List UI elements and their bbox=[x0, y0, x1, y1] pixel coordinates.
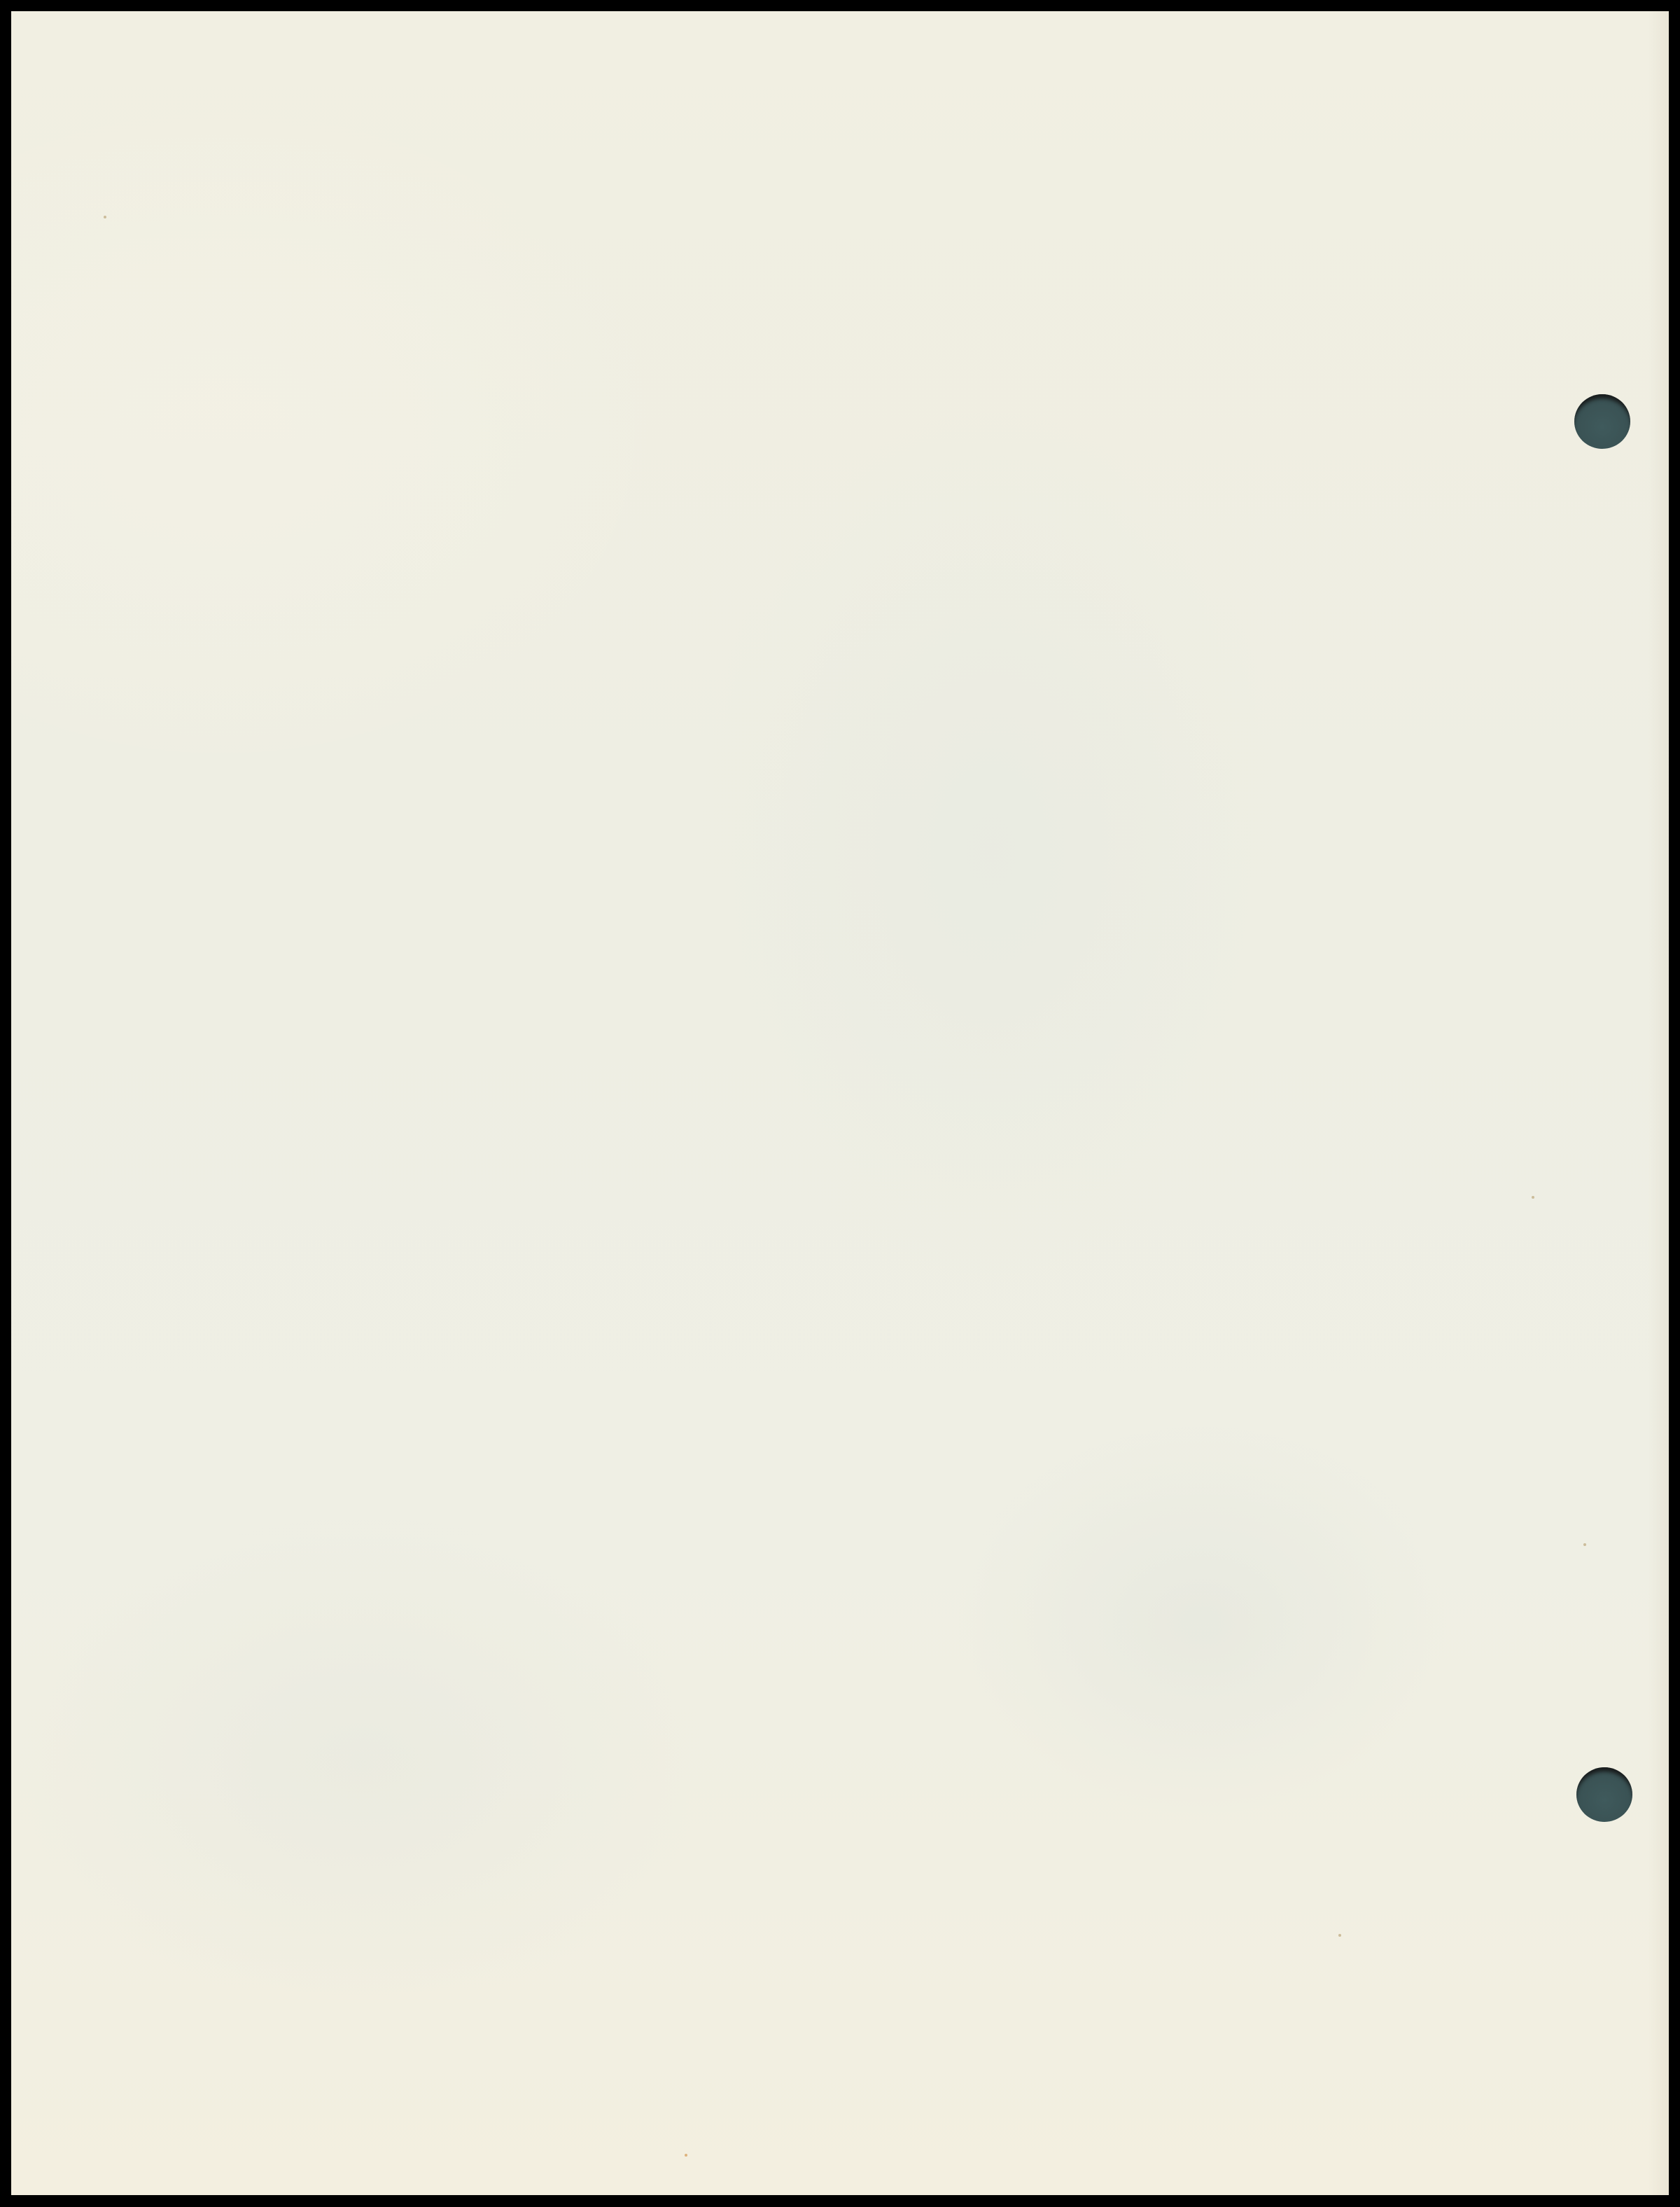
dust-speck bbox=[685, 2154, 687, 2157]
bleed-through-mark: ​ bbox=[77, 1575, 114, 1748]
dust-speck bbox=[1583, 1543, 1586, 1546]
punch-hole-top bbox=[1574, 394, 1630, 449]
dust-speck bbox=[104, 216, 106, 218]
scan-border: ​ bbox=[0, 0, 1680, 2207]
punch-hole-bottom bbox=[1576, 1767, 1632, 1822]
dust-speck bbox=[1338, 1934, 1341, 1937]
dust-speck bbox=[1532, 1196, 1534, 1199]
blank-paper-page: ​ bbox=[11, 11, 1669, 2195]
